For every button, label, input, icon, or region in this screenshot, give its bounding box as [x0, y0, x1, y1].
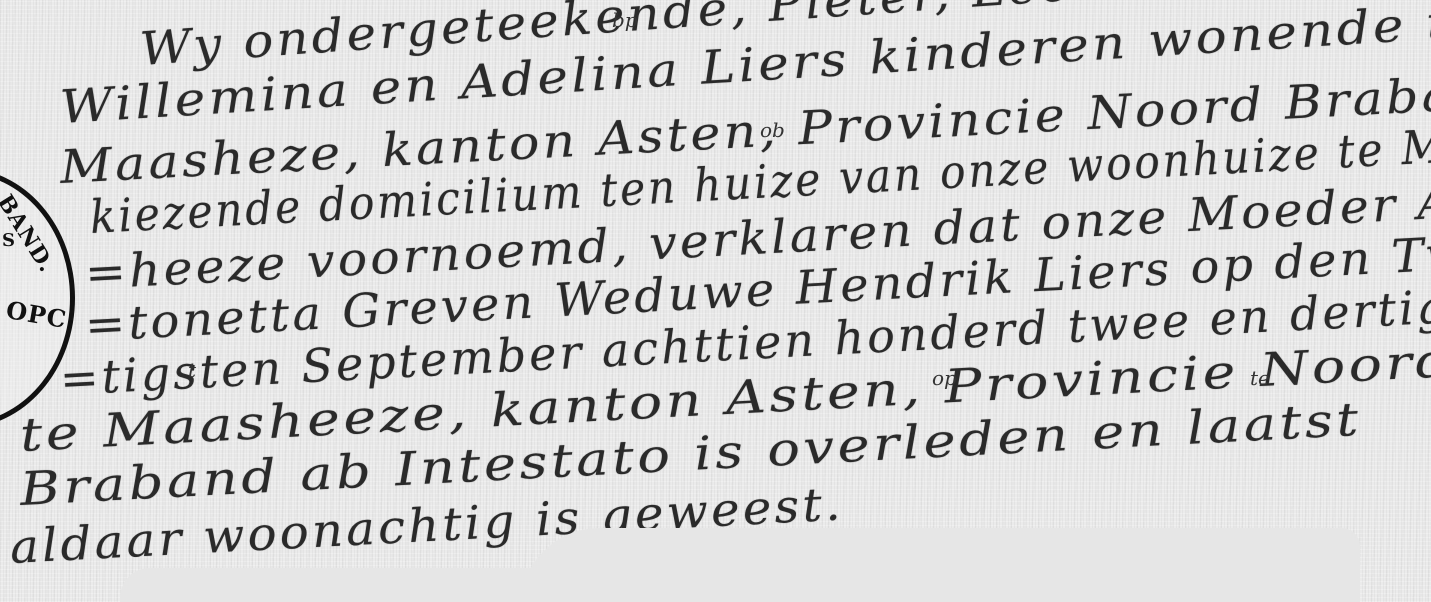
superscript-4: op — [932, 366, 957, 390]
superscript-5: te — [1250, 366, 1270, 390]
superscript-3: t — [188, 358, 196, 382]
redacted-area-right — [520, 528, 1360, 602]
scanned-document-page: BAND. S OPC Wy ondergeteekende, Pieter, … — [0, 0, 1431, 602]
superscript-2: ob — [760, 118, 785, 142]
superscript-1: bp — [612, 8, 638, 32]
stamp-text-s: S — [2, 230, 16, 251]
